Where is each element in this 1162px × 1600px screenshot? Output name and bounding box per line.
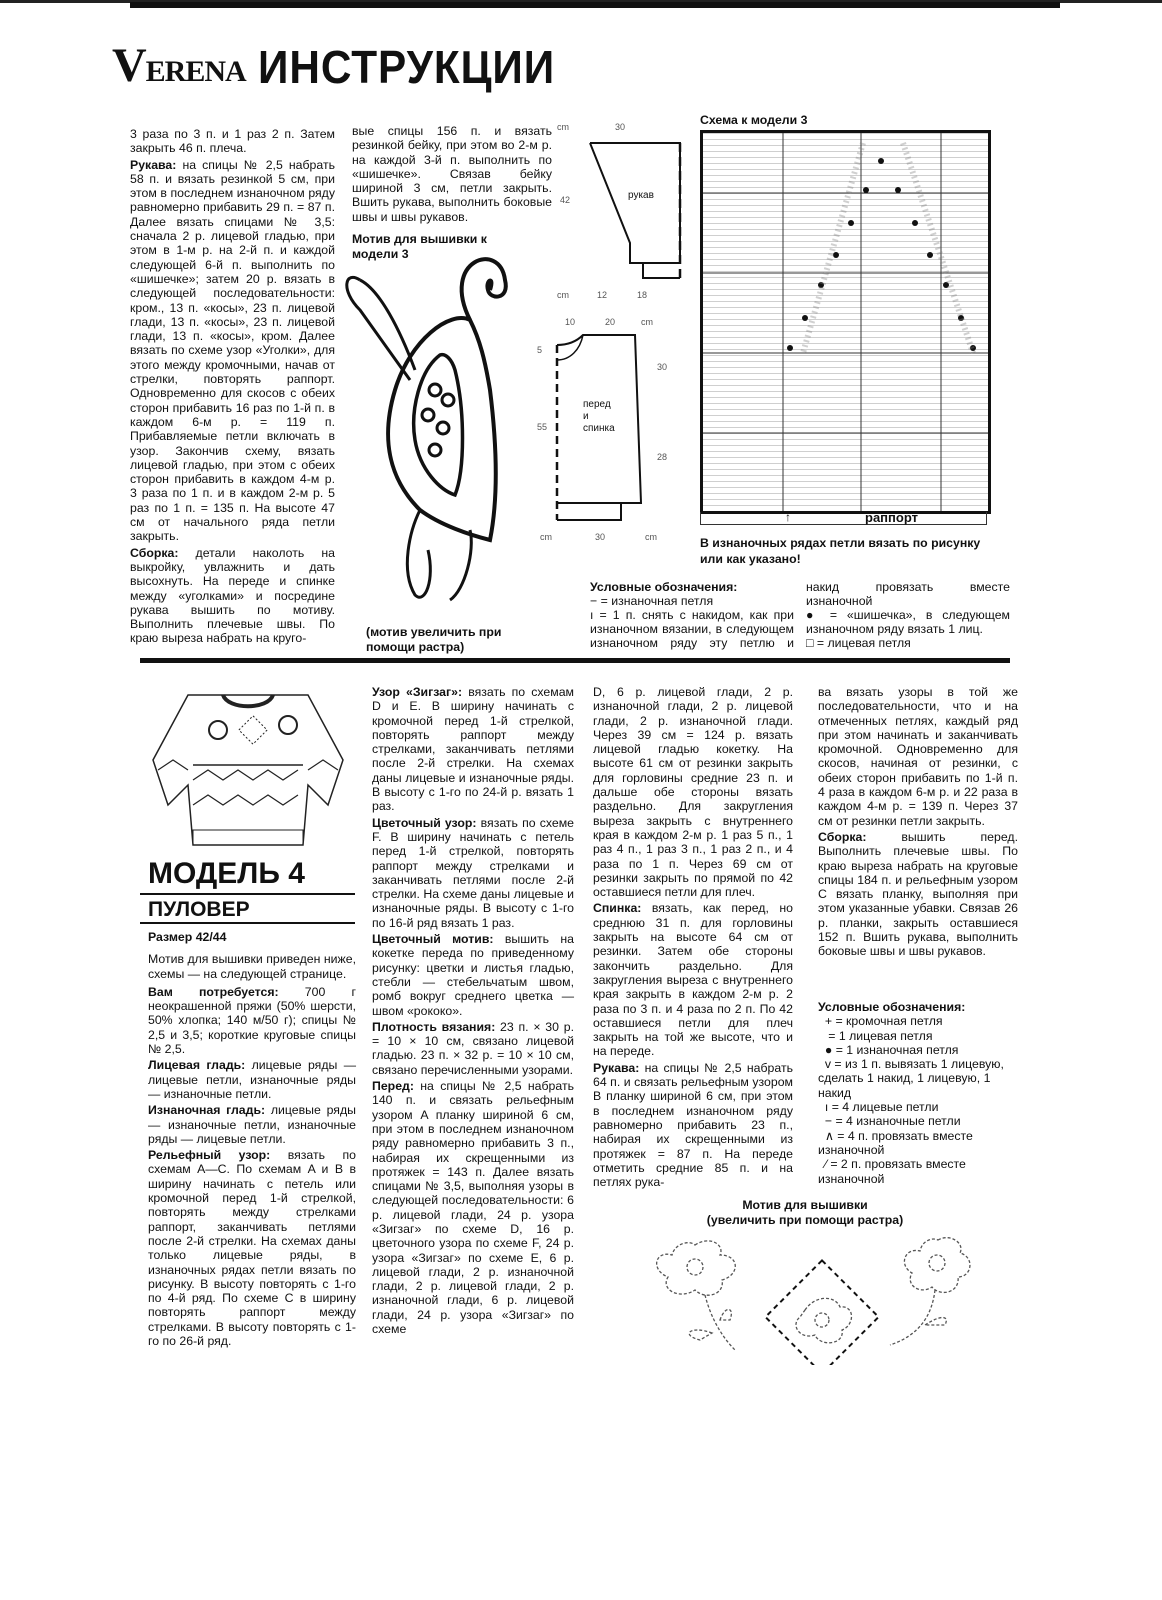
svg-text:12: 12 <box>597 290 607 300</box>
section-text: ва вязать узоры в той же последовательно… <box>818 685 1018 828</box>
paragraph: Изнаночная гладь: лицевые ряды — изнаноч… <box>148 1103 356 1146</box>
svg-text:55: 55 <box>537 422 547 432</box>
legend-item: ⁄ = 2 п. провязать вместе изнаночной <box>818 1157 1018 1186</box>
svg-text:cm: cm <box>557 122 569 132</box>
legend-item: ● = «шишечка», в следующем изнаночном ря… <box>806 608 1010 636</box>
repeat-label: раппорт <box>865 510 918 525</box>
section-label: Рукава: <box>130 158 176 172</box>
model-title: МОДЕЛЬ 4 <box>148 857 305 891</box>
legend-item: ● = 1 изнаночная петля <box>818 1043 1018 1057</box>
legend-model3: Условные обозначения: − = изнаночная пет… <box>590 580 1010 650</box>
paragraph: 3 раза по 3 п. и 1 раз 2 п. Затем закрыт… <box>130 127 335 156</box>
pullover-illustration <box>138 685 358 850</box>
model4-column-1: Размер 42/44 Мотив для вышивки приведен … <box>148 930 356 1350</box>
paragraph: Перед: на спицы № 2,5 набрать 140 п. и с… <box>372 1079 574 1336</box>
subtitle-rule <box>140 922 355 924</box>
legend-item: − = изнаночная петля <box>590 594 794 608</box>
page-title: ИНСТРУКЦИИ <box>258 40 555 94</box>
chart-note: В изнаночных рядах петли вязать по рисун… <box>700 535 1000 567</box>
section-label: Цветочный мотив: <box>372 932 494 946</box>
section-label: Рельефный узор: <box>148 1148 270 1162</box>
legend-item: ı = 4 лицевые петли <box>818 1100 1018 1114</box>
section-label: Лицевая гладь: <box>148 1058 245 1072</box>
svg-text:и: и <box>583 411 589 422</box>
section-label: Спинка: <box>593 901 641 915</box>
legend-item: − = 4 изнаночные петли <box>818 1114 1018 1128</box>
title-rule <box>140 893 355 895</box>
repeat-bracket <box>700 512 987 525</box>
model4-column-3: D, 6 р. лицевой глади, 2 р. изнаночной г… <box>593 685 793 1191</box>
section-text: вязать по схемам A—C. По схемам A и B в … <box>148 1148 356 1348</box>
svg-text:cm: cm <box>645 532 657 542</box>
svg-text:cm: cm <box>641 317 653 327</box>
svg-text:10: 10 <box>565 317 575 327</box>
svg-text:cm: cm <box>540 532 552 542</box>
section-label: Вам потребуется: <box>148 985 279 999</box>
model4-column-2: Узор «Зигзаг»: вязать по схемам D и E. В… <box>372 685 574 1338</box>
section-label: Рукава: <box>593 1061 639 1075</box>
svg-text:перед: перед <box>583 399 611 410</box>
section-text: D, 6 р. лицевой глади, 2 р. изнаночной г… <box>593 685 793 899</box>
svg-text:42: 42 <box>560 195 570 205</box>
knitting-chart-model3 <box>700 130 991 514</box>
brand-logo: VERENA <box>112 38 246 93</box>
paragraph: Сборка: вышить перед. Выполнить плечевые… <box>818 830 1018 959</box>
svg-text:20: 20 <box>605 317 615 327</box>
motif-enlarge-note: (мотив увеличить при помощи растра) <box>366 625 516 655</box>
paragraph: Лицевая гладь: лицевые ряды — лицевые пе… <box>148 1058 356 1101</box>
paragraph: Плотность вязания: 23 п. × 30 р. = 10 × … <box>372 1020 574 1077</box>
paragraph: Рукава: на спицы № 2,5 набрать 64 п. и с… <box>593 1061 793 1190</box>
svg-text:30: 30 <box>615 122 625 132</box>
section-text: вышить перед. Выполнить плечевые швы. По… <box>818 830 1018 958</box>
chart-title: Схема к модели 3 <box>700 113 807 128</box>
legend-item: = 1 лицевая петля <box>818 1029 1018 1043</box>
flower-motif-illustration <box>650 1235 990 1365</box>
section-text: на спицы № 2,5 набрать 140 п. и связать … <box>372 1079 574 1336</box>
legend-model4: Условные обозначения: + = кромочная петл… <box>818 1000 1018 1186</box>
svg-text:28: 28 <box>657 452 667 462</box>
section-divider <box>140 658 1010 663</box>
svg-text:30: 30 <box>595 532 605 542</box>
section-label: Цветочный узор: <box>372 816 477 830</box>
section-label: Изнаночная гладь: <box>148 1103 265 1117</box>
legend-item: + = кромочная петля <box>818 1014 1018 1028</box>
section-text: детали наколоть на выкройку, увлажнить и… <box>130 546 335 646</box>
section-text: вязать, как перед, но среднюю 31 п. для … <box>593 901 793 1058</box>
model3-column-1: 3 раза по 3 п. и 1 раз 2 п. Затем закрыт… <box>130 127 335 648</box>
svg-text:5: 5 <box>537 345 542 355</box>
section-text: вязать по схемам D и E. В ширину начинат… <box>372 685 574 813</box>
paragraph: Цветочный узор: вязать по схеме F. В шир… <box>372 816 574 930</box>
paragraph: Рукава: на спицы № 2,5 набрать 58 п. и в… <box>130 158 335 544</box>
section-label: Сборка: <box>130 546 178 560</box>
svg-text:30: 30 <box>657 362 667 372</box>
svg-text:спинка: спинка <box>583 423 615 434</box>
model-subtitle: ПУЛОВЕР <box>148 898 250 922</box>
paragraph: Вам потребуется: 700 г неокрашенной пряж… <box>148 985 356 1056</box>
section-label: Плотность вязания: <box>372 1020 495 1034</box>
svg-text:рукав: рукав <box>628 190 654 201</box>
section-text: на спицы № 2,5 набрать 58 п. и вязать ре… <box>130 158 335 544</box>
legend-item: v = из 1 п. вывязать 1 лицевую, сделать … <box>818 1057 1018 1100</box>
paisley-motif-illustration <box>340 250 520 630</box>
section-label: Сборка: <box>818 830 866 844</box>
paragraph: D, 6 р. лицевой глади, 2 р. изнаночной г… <box>593 685 793 899</box>
section-label: Перед: <box>372 1079 414 1093</box>
paragraph: Спинка: вязать, как перед, но среднюю 31… <box>593 901 793 1058</box>
paragraph: Узор «Зигзаг»: вязать по схемам D и E. В… <box>372 685 574 814</box>
section-text: на спицы № 2,5 набрать 64 п. и связать р… <box>593 1061 793 1189</box>
sleeve-schematic: cm 30 42 рукав cm 12 18 <box>555 118 695 308</box>
model3-column-2: вые спицы 156 п. и вязать резинкой бейку… <box>352 124 552 226</box>
svg-text:cm: cm <box>557 290 569 300</box>
section-label: Узор «Зигзаг»: <box>372 685 462 699</box>
paragraph: ва вязать узоры в той же последовательно… <box>818 685 1018 828</box>
legend-item: ∧ = 4 п. провязать вместе изнаночной <box>818 1129 1018 1158</box>
paragraph: Рельефный узор: вязать по схемам A—C. По… <box>148 1148 356 1348</box>
section-text: вязать по схеме F. В ширину начинать с п… <box>372 816 574 930</box>
model4-column-4: ва вязать узоры в той же последовательно… <box>818 685 1018 961</box>
arrow-up-icon: ↑ <box>785 510 791 524</box>
paragraph: Цветочный мотив: вышить на кокетке перед… <box>372 932 574 1018</box>
front-back-schematic: 10 20 cm 5 55 30 28 перед и спинка cm 30… <box>535 315 685 545</box>
legend-item: □ = лицевая петля <box>806 636 1010 650</box>
svg-text:18: 18 <box>637 290 647 300</box>
top-rule <box>130 2 1060 8</box>
motif-caption-model4: Мотив для вышивки (увеличить при помощи … <box>680 1198 930 1228</box>
paragraph: Сборка: детали наколоть на выкройку, увл… <box>130 546 335 646</box>
